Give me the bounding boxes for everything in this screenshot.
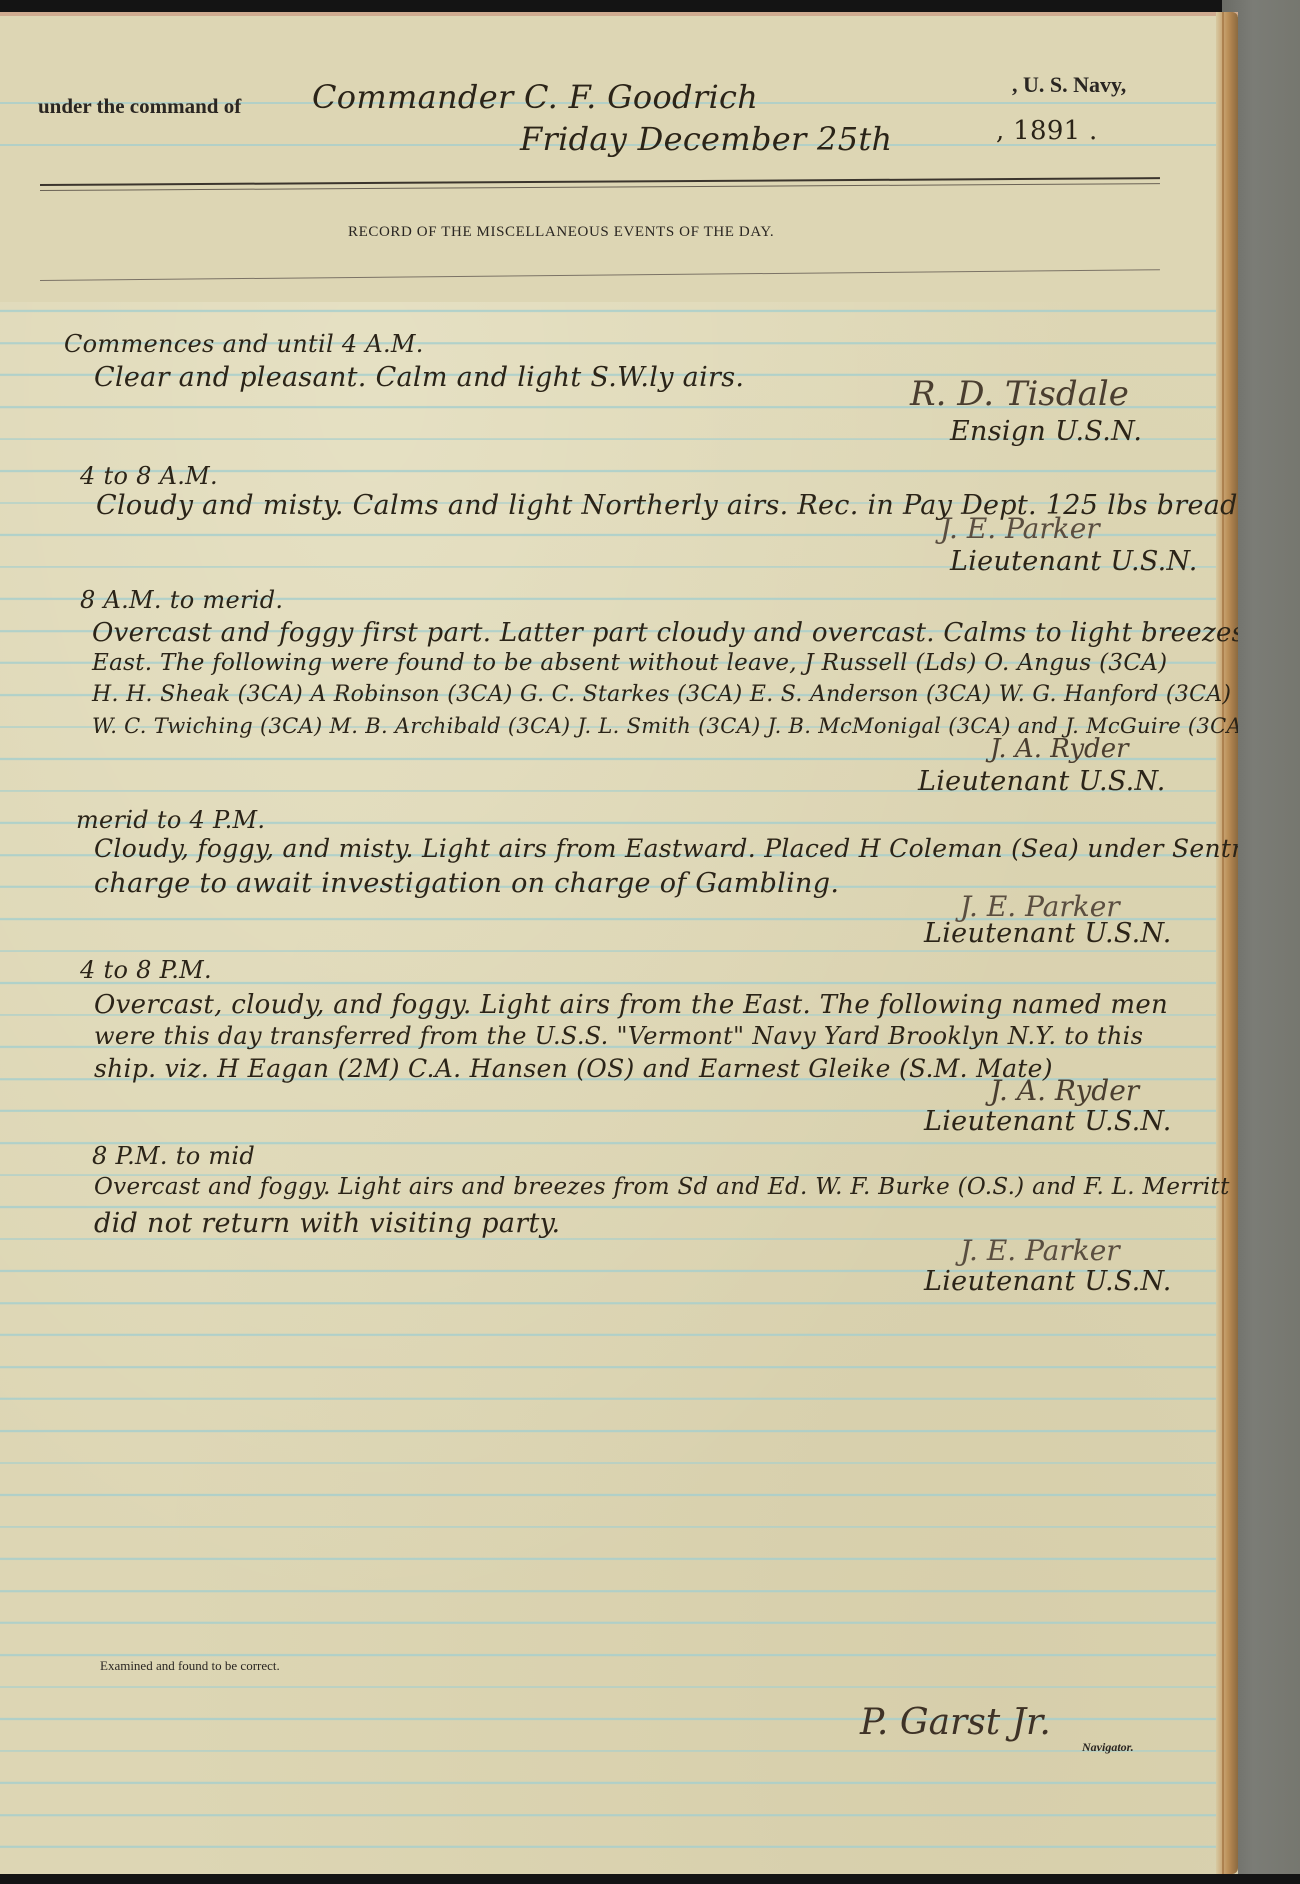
service-label: , U. S. Navy, — [1012, 72, 1126, 98]
watch-line: East. The following were found to be abs… — [92, 650, 1167, 676]
watch-line: ship. viz. H Eagan (2M) C.A. Hansen (OS)… — [94, 1054, 1053, 1083]
watch-line: Overcast and foggy first part. Latter pa… — [92, 618, 1238, 648]
officer-signature: J. E. Parker — [960, 1234, 1120, 1267]
watch-line: Overcast and foggy. Light airs and breez… — [94, 1174, 1238, 1200]
watch-line: Cloudy, foggy, and misty. Light airs fro… — [94, 834, 1238, 863]
log-year: , 1891 . — [996, 116, 1098, 146]
officer-rank: Lieutenant U.S.N. — [918, 766, 1166, 797]
watch-heading: merid to 4 P.M. — [76, 806, 265, 834]
watch-line: H. H. Sheak (3CA) A Robinson (3CA) G. C.… — [92, 682, 1231, 707]
officer-signature: R. D. Tisdale — [910, 374, 1129, 414]
navigator-signature: P. Garst Jr. — [860, 1702, 1051, 1743]
commander-name: Commander C. F. Goodrich — [312, 78, 758, 116]
watch-heading: 4 to 8 P.M. — [80, 956, 212, 984]
watch-line: Overcast, cloudy, and foggy. Light airs … — [94, 990, 1168, 1020]
navigator-label: Navigator. — [1082, 1740, 1134, 1755]
officer-rank: Lieutenant U.S.N. — [924, 1106, 1172, 1137]
officer-signature: J. A. Ryder — [990, 734, 1129, 764]
record-title: RECORD OF THE MISCELLANEOUS EVENTS OF TH… — [348, 224, 774, 241]
watch-heading: Commences and until 4 A.M. — [64, 330, 424, 358]
watch-heading: 8 A.M. to merid. — [80, 586, 283, 614]
logbook-page: under the command of Commander C. F. Goo… — [0, 12, 1238, 1874]
examined-statement: Examined and found to be correct. — [100, 1658, 280, 1674]
watch-heading: 8 P.M. to mid — [92, 1142, 255, 1170]
page-stack-edge — [1216, 12, 1238, 1874]
watch-line: charge to await investigation on charge … — [94, 868, 839, 899]
page-top-edge — [0, 12, 1238, 16]
watch-heading: 4 to 8 A.M. — [80, 462, 218, 490]
officer-signature: J. E. Parker — [940, 512, 1100, 545]
watch-line: Clear and pleasant. Calm and light S.W.l… — [94, 362, 744, 393]
log-date: Friday December 25th — [520, 120, 892, 158]
officer-rank: Lieutenant U.S.N. — [924, 918, 1172, 949]
officer-rank: Lieutenant U.S.N. — [950, 546, 1198, 577]
watch-line: did not return with visiting party. — [94, 1208, 560, 1239]
officer-rank: Lieutenant U.S.N. — [924, 1266, 1172, 1297]
watch-line: were this day transferred from the U.S.S… — [94, 1022, 1143, 1050]
officer-rank: Ensign U.S.N. — [950, 416, 1142, 447]
command-prefix: under the command of — [38, 94, 241, 119]
officer-signature: J. A. Ryder — [990, 1074, 1139, 1107]
